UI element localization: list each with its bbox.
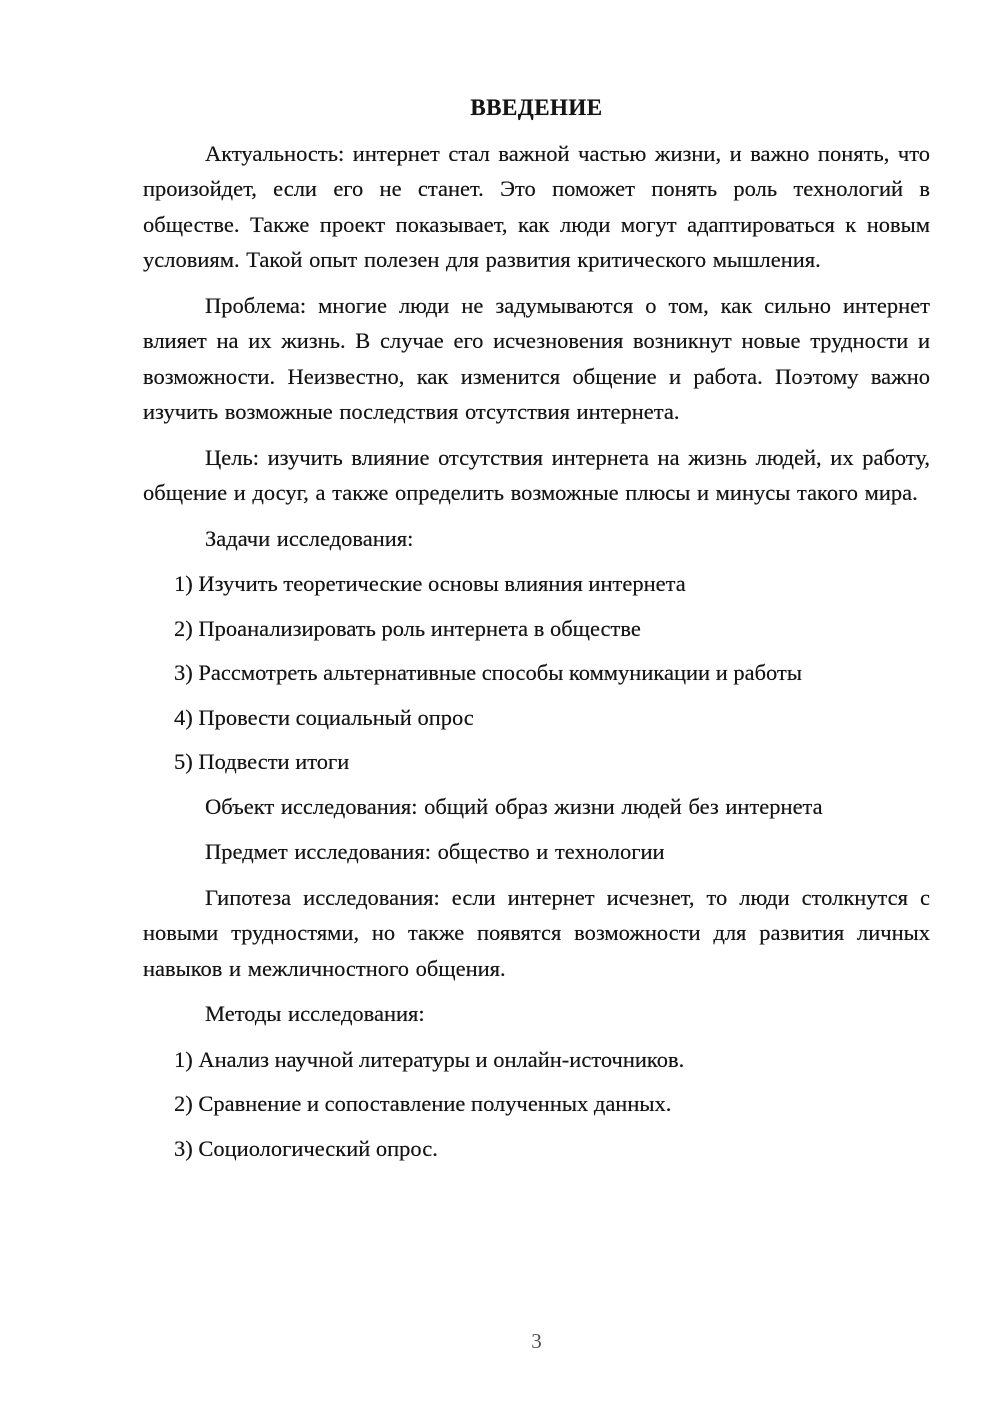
paragraph-hypothesis: Гипотеза исследования: если интернет исч…	[143, 880, 930, 987]
method-item-1: 1) Анализ научной литературы и онлайн-ис…	[174, 1042, 930, 1078]
tasks-heading: Задачи исследования:	[143, 521, 930, 557]
task-item-2: 2) Проанализировать роль интернета в общ…	[174, 611, 930, 647]
page-content: ВВЕДЕНИЕ Актуальность: интернет стал важ…	[143, 90, 930, 1175]
paragraph-goal: Цель: изучить влияние отсутствия интерне…	[143, 440, 930, 511]
paragraph-subject: Предмет исследования: общество и техноло…	[143, 834, 930, 870]
task-item-4: 4) Провести социальный опрос	[174, 700, 930, 736]
page-title: ВВЕДЕНИЕ	[143, 90, 930, 126]
document-page: ВВЕДЕНИЕ Актуальность: интернет стал важ…	[0, 0, 1000, 1414]
task-item-1: 1) Изучить теоретические основы влияния …	[174, 566, 930, 602]
paragraph-problem: Проблема: многие люди не задумываются о …	[143, 288, 930, 430]
page-number: 3	[143, 1326, 930, 1356]
task-item-5: 5) Подвести итоги	[174, 744, 930, 780]
paragraph-relevance: Актуальность: интернет стал важной часть…	[143, 136, 930, 278]
paragraph-object: Объект исследования: общий образ жизни л…	[143, 789, 930, 825]
method-item-3: 3) Социологический опрос.	[174, 1131, 930, 1167]
methods-heading: Методы исследования:	[143, 996, 930, 1032]
method-item-2: 2) Сравнение и сопоставление полученных …	[174, 1086, 930, 1122]
task-item-3: 3) Рассмотреть альтернативные способы ко…	[174, 655, 930, 691]
